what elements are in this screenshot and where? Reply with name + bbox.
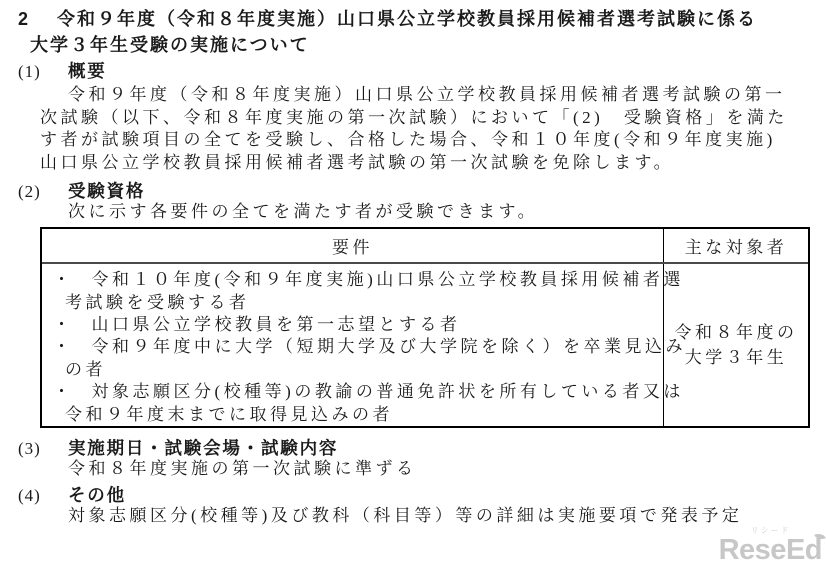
bullet-icon: ・ bbox=[53, 381, 74, 403]
section-1-heading: 概要 bbox=[68, 61, 107, 81]
target-text-line1: 令和８年度の bbox=[675, 320, 798, 346]
section-1-paragraph: 令和９年度（令和８年度実施）山口県公立学校教員採用候補者選考試験の第一 次試験（… bbox=[40, 84, 788, 174]
section-3-number: (3) bbox=[18, 439, 68, 459]
section-2-heading-row: (2)受験資格 bbox=[18, 178, 145, 203]
section-4-body: 対象志願区分(校種等)及び教科（科目等）等の詳細は実施要項で発表予定 bbox=[68, 505, 742, 527]
reseed-watermark-logo: リシード ReseEd bbox=[719, 527, 822, 565]
section-2-number: (2) bbox=[18, 182, 68, 202]
requirements-cell: ・令和１０年度(令和９年度実施)山口県公立学校教員採用候補者選 考試験を受験する… bbox=[42, 264, 664, 426]
page-title-line1: 2令和９年度（令和８年度実施）山口県公立学校教員採用候補者選考試験に係る bbox=[18, 8, 757, 30]
document-page: 2令和９年度（令和８年度実施）山口県公立学校教員採用候補者選考試験に係る 大学３… bbox=[0, 0, 826, 567]
section-3-body: 令和８年度実施の第一次試験に準ずる bbox=[68, 458, 417, 480]
section-4-heading: その他 bbox=[68, 485, 126, 505]
table-header-target: 主な対象者 bbox=[664, 229, 808, 262]
section-4-number: (4) bbox=[18, 486, 68, 506]
section-1-heading-row: (1)概要 bbox=[18, 58, 107, 83]
table-row: ・令和１０年度(令和９年度実施)山口県公立学校教員採用候補者選 bbox=[53, 269, 657, 291]
requirement-text-continued: 考試験を受験する者 bbox=[65, 292, 657, 314]
table-row: ・対象志願区分(校種等)の教諭の普通免許状を所有している者又は bbox=[53, 381, 657, 403]
requirement-text: 山口県公立学校教員を第一志望とする者 bbox=[92, 315, 461, 334]
paragraph-line: 令和９年度（令和８年度実施）山口県公立学校教員採用候補者選考試験の第一 bbox=[68, 84, 788, 107]
table-row: ・山口県公立学校教員を第一志望とする者 bbox=[53, 314, 657, 336]
paragraph-line: 山口県公立学校教員採用候補者選考試験の第一次試験を免除します。 bbox=[40, 152, 788, 175]
section-4-heading-row: (4)その他 bbox=[18, 482, 126, 507]
bullet-icon: ・ bbox=[53, 314, 74, 336]
requirement-text: 対象志願区分(校種等)の教諭の普通免許状を所有している者又は bbox=[92, 382, 684, 401]
paragraph-line: 次試験（以下、令和８年度実施の第一次試験）において「(2) 受験資格」を満た bbox=[40, 107, 788, 130]
requirement-text-continued: の者 bbox=[65, 359, 657, 381]
table-header-requirements: 要件 bbox=[42, 229, 664, 262]
table-row: ・令和９年度中に大学（短期大学及び大学院を除く）を卒業見込み bbox=[53, 336, 657, 358]
target-text-line2: 大学３年生 bbox=[685, 345, 788, 371]
requirement-text: 令和１０年度(令和９年度実施)山口県公立学校教員採用候補者選 bbox=[92, 270, 684, 289]
bullet-icon: ・ bbox=[53, 269, 74, 291]
table-header-row: 要件 主な対象者 bbox=[42, 229, 808, 264]
reseed-logo-text: ReseEd bbox=[719, 536, 822, 565]
reseed-logo-wordmark: ReseEd bbox=[719, 534, 822, 566]
requirement-text: 令和９年度中に大学（短期大学及び大学院を除く）を卒業見込み bbox=[92, 337, 687, 356]
title-text: 令和９年度（令和８年度実施）山口県公立学校教員採用候補者選考試験に係る bbox=[57, 9, 757, 29]
requirement-text-continued: 令和９年度末までに取得見込みの者 bbox=[65, 404, 657, 426]
table-body-row: ・令和１０年度(令和９年度実施)山口県公立学校教員採用候補者選 考試験を受験する… bbox=[42, 264, 808, 426]
page-title-line2: 大学３年生受験の実施について bbox=[30, 34, 310, 56]
paragraph-line: す者が試験項目の全てを受験し、合格した場合、令和１０年度(令和９年度実施) bbox=[40, 129, 788, 152]
target-cell: 令和８年度の 大学３年生 bbox=[664, 264, 808, 426]
requirements-table: 要件 主な対象者 ・令和１０年度(令和９年度実施)山口県公立学校教員採用候補者選… bbox=[40, 227, 810, 428]
section-3-heading: 実施期日・試験会場・試験内容 bbox=[68, 438, 338, 458]
section-2-body: 次に示す各要件の全てを満たす者が受験できます。 bbox=[68, 201, 538, 223]
section-3-heading-row: (3)実施期日・試験会場・試験内容 bbox=[18, 435, 338, 460]
title-number: 2 bbox=[18, 8, 30, 30]
section-1-number: (1) bbox=[18, 62, 68, 82]
section-2-heading: 受験資格 bbox=[68, 181, 145, 201]
bullet-icon: ・ bbox=[53, 336, 74, 358]
